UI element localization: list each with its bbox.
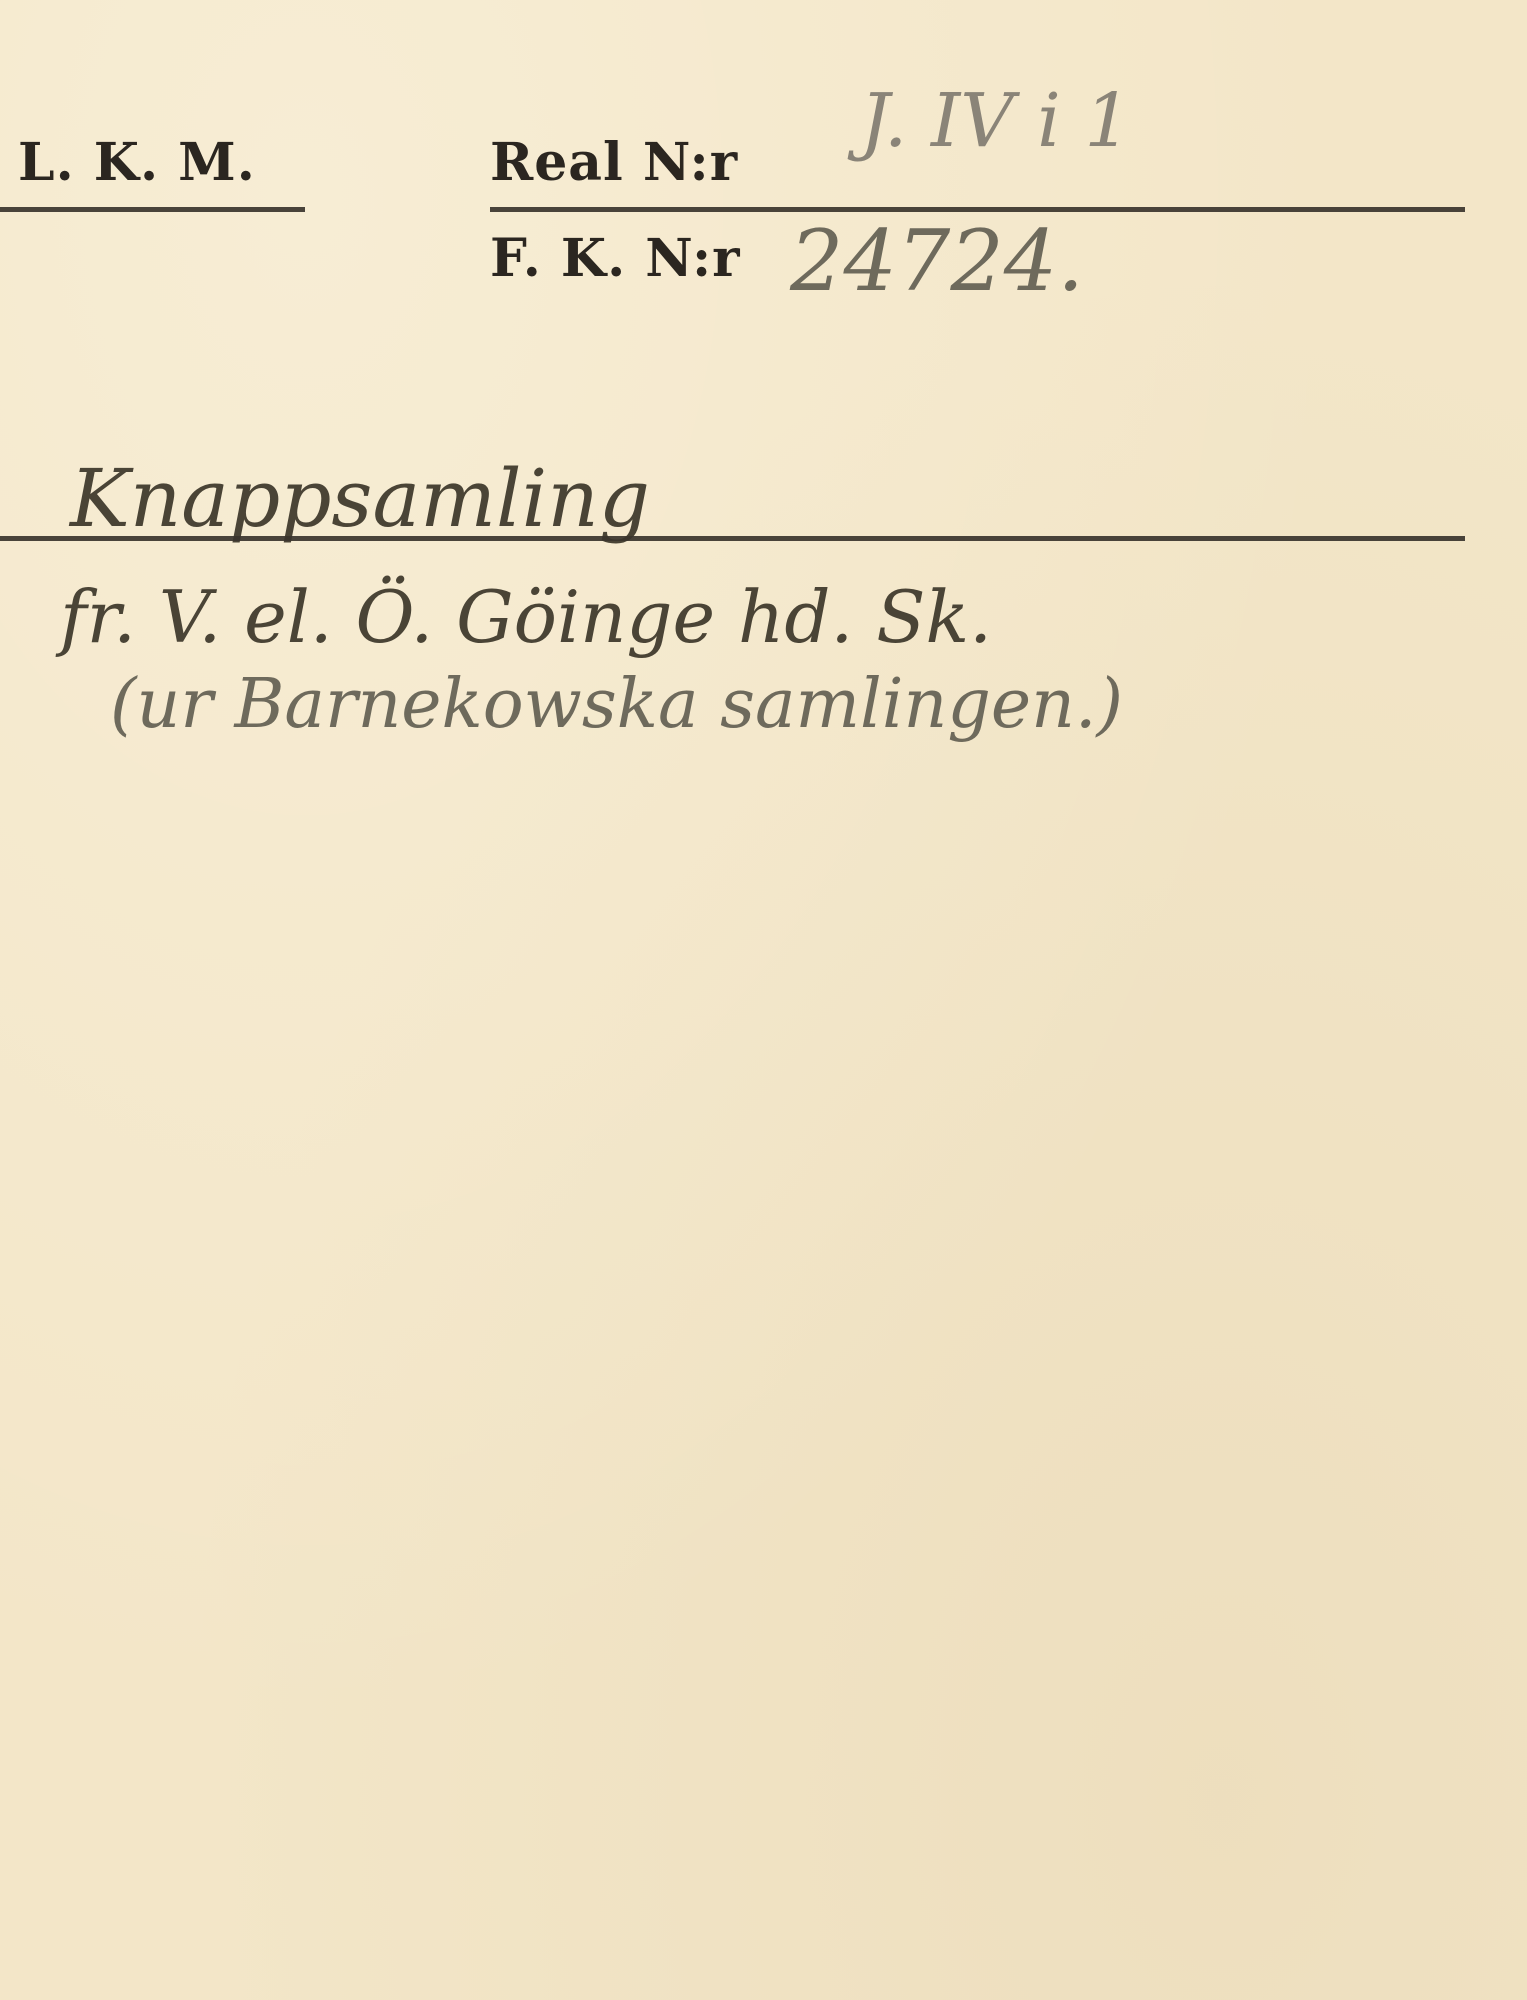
fk-nr-label: F. K. N:r <box>490 228 741 289</box>
collection-line: (ur Barnekowska samlingen.) <box>110 665 1123 744</box>
real-nr-label: Real N:r <box>490 132 738 193</box>
institution-label: L. K. M. <box>18 132 256 193</box>
title-rule <box>0 536 1465 541</box>
card-title: Knappsamling <box>70 452 650 545</box>
institution-underline <box>0 207 305 212</box>
fk-nr-value: 24724. <box>790 212 1084 310</box>
provenance-line: fr. V. el. Ö. Göinge hd. Sk. <box>60 575 992 659</box>
real-nr-value: J. IV i 1 <box>860 78 1131 164</box>
